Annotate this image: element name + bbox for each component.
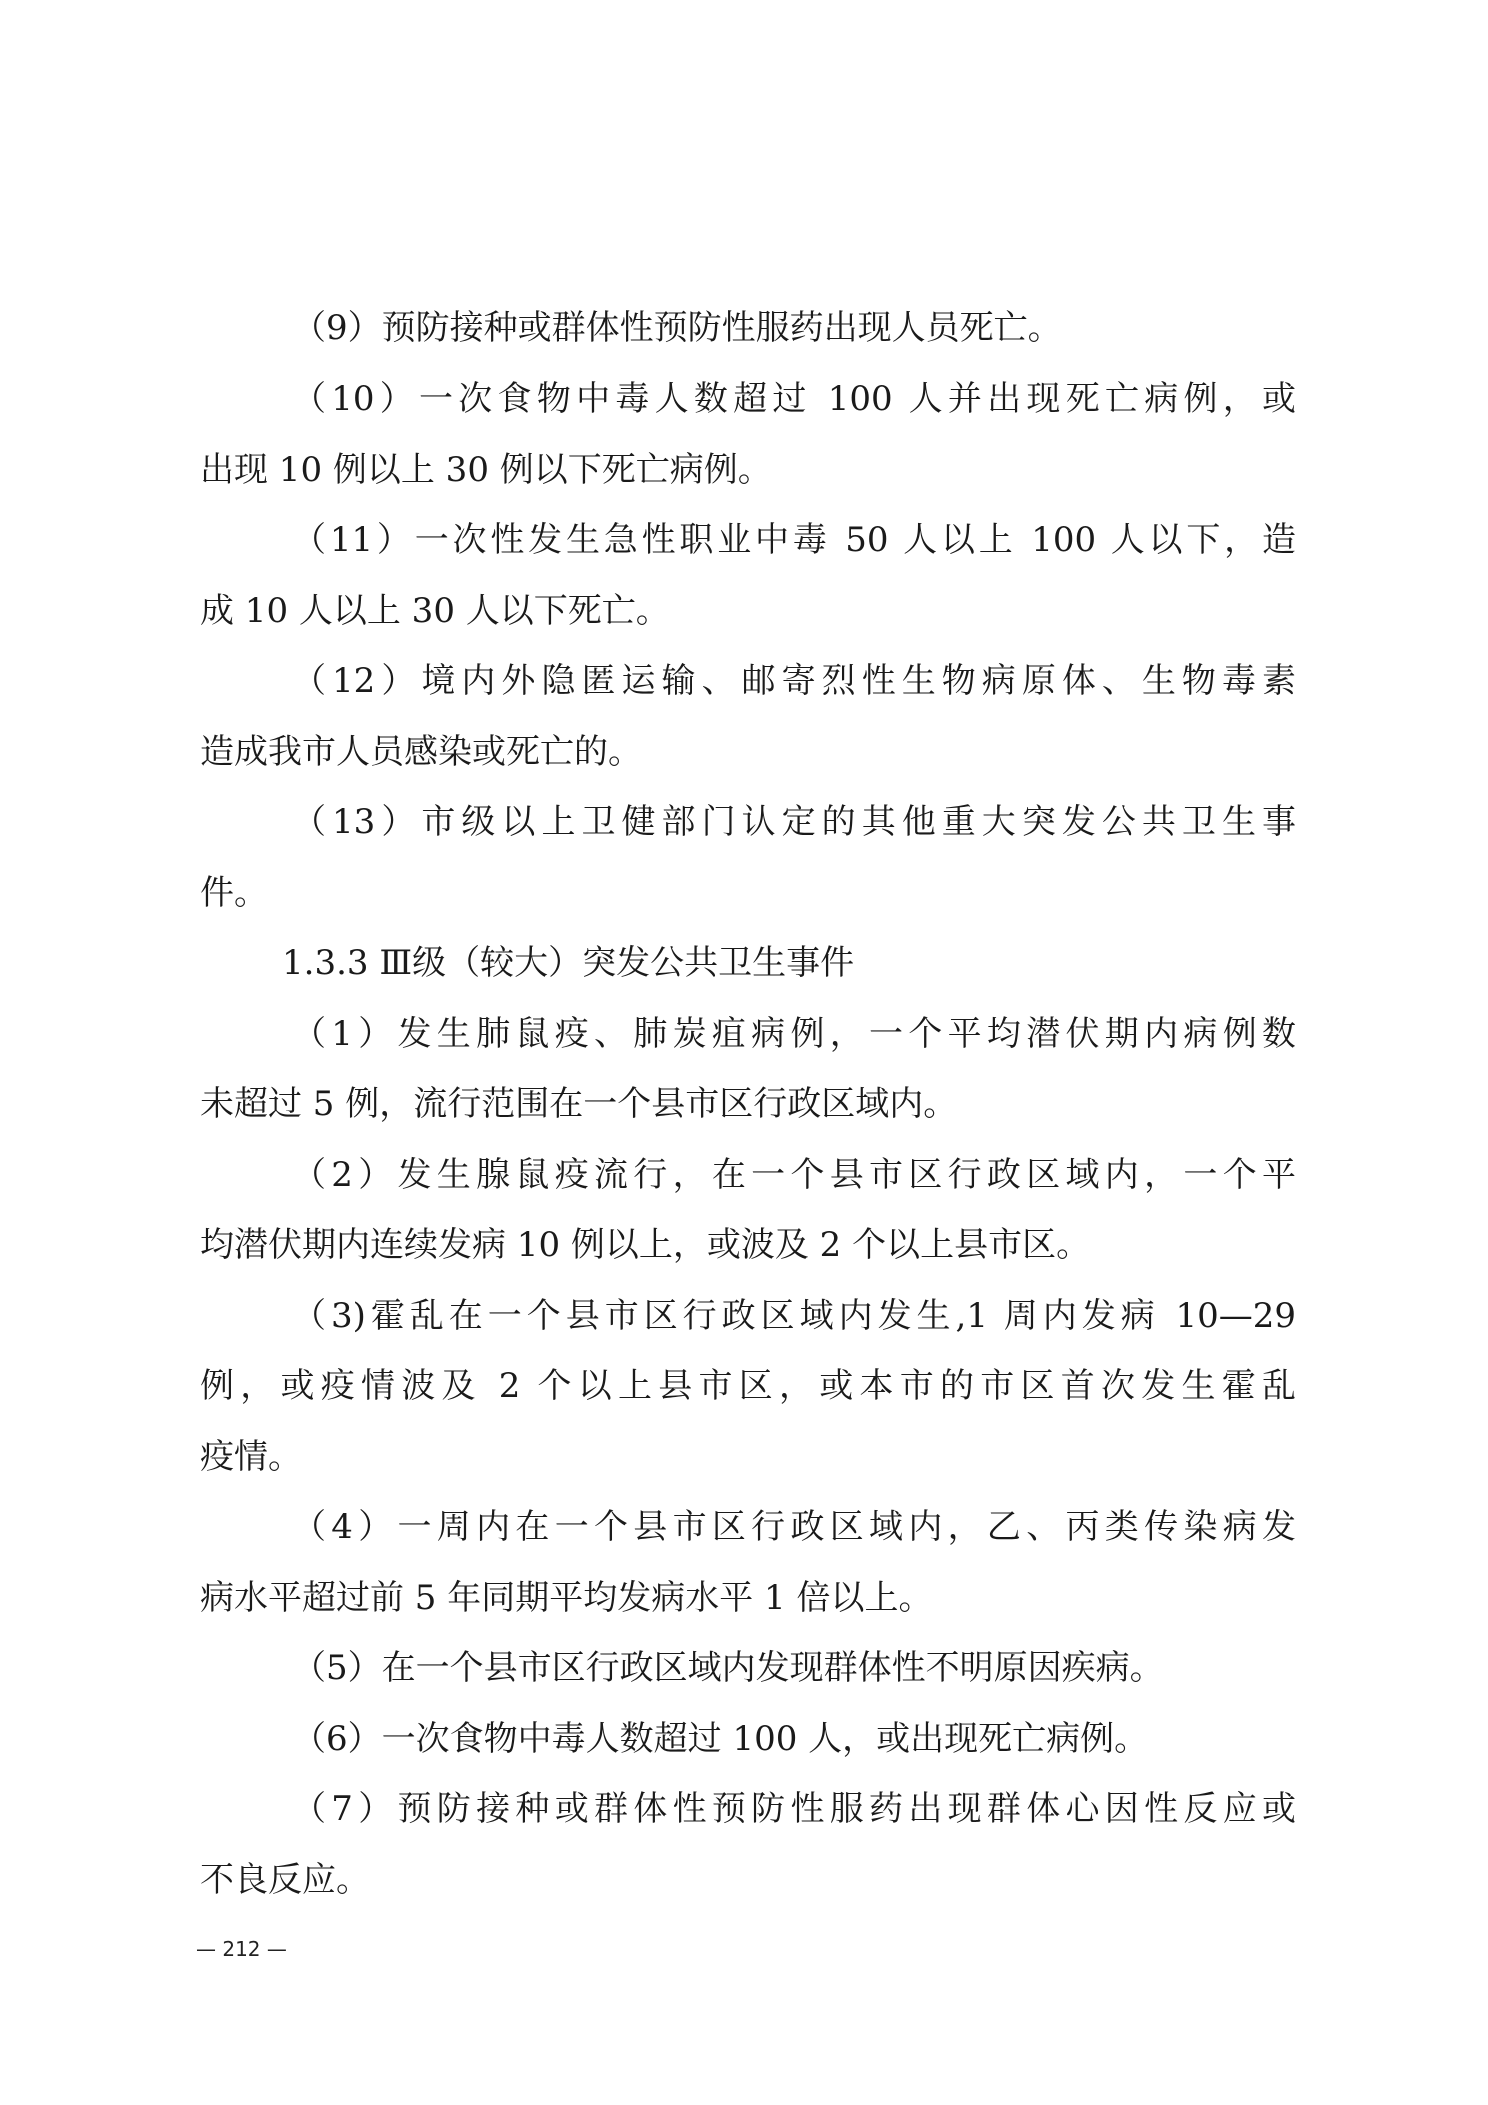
paragraph-line: （12）境内外隐匿运输、邮寄烈性生物病原体、生物毒素 <box>292 659 1296 703</box>
page-number: — 212 — <box>196 1937 287 1961</box>
paragraph-line: （10）一次食物中毒人数超过 100 人并出现死亡病例，或 <box>292 377 1296 421</box>
paragraph-line: （9）预防接种或群体性预防性服药出现人员死亡。 <box>292 306 1296 350</box>
paragraph-line: 件。 <box>200 871 1296 915</box>
paragraph-line: 出现 10 例以上 30 例以下死亡病例。 <box>200 448 1296 492</box>
paragraph-line: （4）一周内在一个县市区行政区域内，乙、丙类传染病发 <box>292 1505 1296 1549</box>
paragraph-line: （13）市级以上卫健部门认定的其他重大突发公共卫生事 <box>292 800 1296 844</box>
paragraph-line: 病水平超过前 5 年同期平均发病水平 1 倍以上。 <box>200 1576 1296 1620</box>
document-page: （9）预防接种或群体性预防性服药出现人员死亡。 （10）一次食物中毒人数超过 1… <box>0 0 1488 2105</box>
paragraph-line: （5）在一个县市区行政区域内发现群体性不明原因疾病。 <box>292 1646 1296 1690</box>
paragraph-line: （1）发生肺鼠疫、肺炭疽病例，一个平均潜伏期内病例数 <box>292 1012 1296 1056</box>
paragraph-line: 未超过 5 例，流行范围在一个县市区行政区域内。 <box>200 1082 1296 1126</box>
paragraph-line: 不良反应。 <box>200 1858 1296 1902</box>
section-heading: 1.3.3 Ⅲ级（较大）突发公共卫生事件 <box>282 941 1378 985</box>
paragraph-line: 均潜伏期内连续发病 10 例以上，或波及 2 个以上县市区。 <box>200 1223 1296 1267</box>
paragraph-line: （6）一次食物中毒人数超过 100 人，或出现死亡病例。 <box>292 1717 1296 1761</box>
paragraph-line: （11）一次性发生急性职业中毒 50 人以上 100 人以下，造 <box>292 518 1296 562</box>
paragraph-line: （3)霍乱在一个县市区行政区域内发生,1 周内发病 10—29 <box>292 1294 1296 1338</box>
paragraph-line: 造成我市人员感染或死亡的。 <box>200 730 1296 774</box>
paragraph-line: （2）发生腺鼠疫流行，在一个县市区行政区域内，一个平 <box>292 1153 1296 1197</box>
paragraph-line: 例，或疫情波及 2 个以上县市区，或本市的市区首次发生霍乱 <box>200 1364 1296 1408</box>
paragraph-line: 成 10 人以上 30 人以下死亡。 <box>200 589 1296 633</box>
paragraph-line: 疫情。 <box>200 1435 1296 1479</box>
paragraph-line: （7）预防接种或群体性预防性服药出现群体心因性反应或 <box>292 1787 1296 1831</box>
